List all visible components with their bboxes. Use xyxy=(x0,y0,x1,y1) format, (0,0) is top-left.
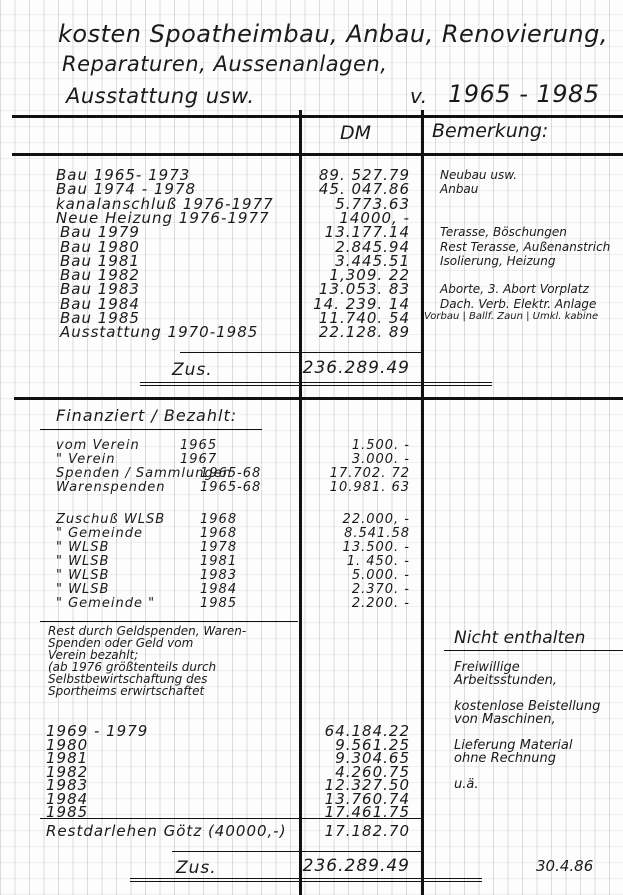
financing-amount: 1. 450. - xyxy=(290,554,410,569)
costs-total-label: Zus. xyxy=(172,360,213,380)
cost-remark: Vorbau | Ballf. Zaun | Umkl. kabine xyxy=(424,311,598,322)
financing-amount: 17.702. 72 xyxy=(290,466,410,481)
financing-amount: 13.500. - xyxy=(290,540,410,555)
financing-label: " WLSB xyxy=(56,582,109,597)
financing-amount: 22.000, - xyxy=(290,512,410,527)
not-included-item: von Maschinen, xyxy=(454,712,556,727)
financing-year: 1967 xyxy=(180,452,217,467)
title-line-1: kosten Spoatheimbau, Anbau, Renovierung, xyxy=(58,20,608,48)
financing-heading: Finanziert / Bezahlt: xyxy=(56,406,237,425)
header-top-rule xyxy=(12,115,623,118)
cost-remark: Neubau usw. xyxy=(440,168,517,182)
costs-total-rule-1 xyxy=(140,382,492,383)
financing-amount: 10.981. 63 xyxy=(290,480,410,495)
financing-year: 1965-68 xyxy=(200,480,261,495)
financing-label: " Verein xyxy=(56,452,115,467)
financing-year: 1981 xyxy=(200,554,237,569)
financing-year: 1968 xyxy=(200,512,237,527)
cost-remark: Dach. Verb. Elektr. Anlage xyxy=(440,297,596,311)
not-included-item: Arbeitsstunden, xyxy=(454,673,557,688)
loan-rule xyxy=(40,818,423,819)
financing-label: vom Verein xyxy=(56,438,140,453)
financing-year: 1965-68 xyxy=(200,466,261,481)
financing-amount: 1.500. - xyxy=(290,438,410,453)
not-included-item: ohne Rechnung xyxy=(454,751,556,766)
loan-label: Restdarlehen Götz (40000,-) xyxy=(46,822,287,840)
financing-year: 1983 xyxy=(200,568,237,583)
header-bemerkung: Bemerkung: xyxy=(432,120,548,142)
financing-subtotal-rule xyxy=(172,851,424,852)
remark-column-divider xyxy=(421,110,424,895)
financing-label: " Gemeinde xyxy=(56,526,143,541)
financing-label: Zuschuß WLSB xyxy=(56,512,165,527)
section-divider xyxy=(14,397,623,400)
financing-label: " WLSB xyxy=(56,554,109,569)
date: 30.4.86 xyxy=(536,857,593,875)
not-included-heading: Nicht enthalten xyxy=(454,628,585,648)
financing-amount: 2.370. - xyxy=(290,582,410,597)
loan-amount: 17.182.70 xyxy=(290,822,410,840)
financing-total-rule-2 xyxy=(130,881,482,882)
title-years: 1965 - 1985 xyxy=(448,80,600,108)
financing-amount: 2.200. - xyxy=(290,596,410,611)
not-included-item: u.ä. xyxy=(454,777,478,792)
financing-year: 1968 xyxy=(200,526,237,541)
costs-total-rule-2 xyxy=(140,385,492,386)
cost-amount: 22.128. 89 xyxy=(290,323,410,341)
cost-remark: Isolierung, Heizung xyxy=(440,254,555,268)
rest-note-rule xyxy=(40,621,298,622)
financing-heading-underline xyxy=(40,429,262,430)
financing-total-rule-1 xyxy=(130,878,482,879)
financing-label: " WLSB xyxy=(56,568,109,583)
financing-year: 1965 xyxy=(180,438,217,453)
cost-remark: Terasse, Böschungen xyxy=(440,225,567,239)
costs-subtotal-rule xyxy=(180,352,423,353)
not-included-underline xyxy=(444,650,623,651)
financing-amount: 8.541.58 xyxy=(290,526,410,541)
header-dm: DM xyxy=(340,122,371,144)
financing-label: " WLSB xyxy=(56,540,109,555)
financing-year: 1978 xyxy=(200,540,237,555)
financing-total-label: Zus. xyxy=(176,858,217,878)
title-v: v. xyxy=(410,84,428,108)
financing-year: 1985 xyxy=(200,596,237,611)
cost-remark: Rest Terasse, Außenanstrich xyxy=(440,240,610,254)
financing-year: 1984 xyxy=(200,582,237,597)
title-line-2: Reparaturen, Aussenanlagen, xyxy=(62,52,387,76)
title-line-3: Ausstattung usw. xyxy=(66,84,255,108)
rest-note-line: Sportheims erwirtschaftet xyxy=(48,684,204,698)
financing-label: Warenspenden xyxy=(56,480,165,495)
cost-remark: Anbau xyxy=(440,182,478,196)
cost-remark: Aborte, 3. Abort Vorplatz xyxy=(440,282,589,296)
cost-label: Ausstattung 1970-1985 xyxy=(60,323,258,341)
costs-total-amount: 236.289.49 xyxy=(290,358,410,378)
financing-amount: 3.000. - xyxy=(290,452,410,467)
financing-total-amount: 236.289.49 xyxy=(290,856,410,876)
header-bottom-rule xyxy=(12,153,623,156)
financing-amount: 5.000. - xyxy=(290,568,410,583)
financing-label: " Gemeinde " xyxy=(56,596,155,611)
